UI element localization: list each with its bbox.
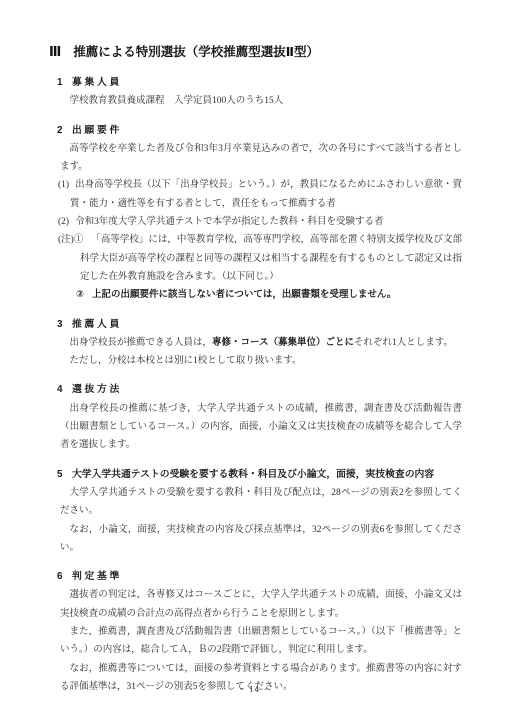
section-heading: 3推 薦 人 員 xyxy=(57,316,462,334)
list-item: (1)出身高等学校長（以下「出身学校長」という。）が，教員になるためにふさわしい… xyxy=(60,176,462,213)
section-3: 3推 薦 人 員出身学校長が推薦できる人員は，専修・コース（募集単位）ごとにそれ… xyxy=(60,316,462,371)
list-item: (2)令和3年度大学入学共通テストで本学が指定した教科・科目を受験する者 xyxy=(60,213,462,231)
section-title: 募 集 人 員 xyxy=(72,74,462,92)
paragraph: 出身学校長が推薦できる人員は，専修・コース（募集単位）ごとにそれぞれ1人とします… xyxy=(60,334,462,352)
section-number: 6 xyxy=(57,568,72,586)
section-heading: 5大学入学共通テストの受験を要する教科・科目及び小論文，面接，実技検査の内容 xyxy=(57,466,462,484)
text-run: それぞれ1人とします。 xyxy=(354,338,453,348)
text-run: なお，小論文，面接，実技検査の内容及び採点基準は，32ページの別表6を参照してく… xyxy=(60,525,462,553)
section-number: 2 xyxy=(57,122,72,140)
section-6: 6判 定 基 準選抜者の判定は，各専修又はコースごとに，大学入学共通テストの成績… xyxy=(60,568,462,696)
paragraph: また，推薦書，調査書及び活動報告書（出願書類としているコース。）（以下「推薦書等… xyxy=(60,623,462,660)
text-run: 大学入学共通テストの受験を要する教科・科目及び配点は，28ページの別表2を参照し… xyxy=(60,488,462,516)
text-run: また，推薦書，調査書及び活動報告書（出願書類としているコース。）（以下「推薦書等… xyxy=(60,627,462,655)
emphasis-text: 専修・コース（募集単位）ごとに xyxy=(212,337,354,348)
section-title: 推 薦 人 員 xyxy=(72,316,462,334)
section-number: 1 xyxy=(57,74,72,92)
paragraph: なお，小論文，面接，実技検査の内容及び採点基準は，32ページの別表6を参照してく… xyxy=(60,521,462,558)
text-run: 「高等学校」には，中等教育学校，高等専門学校，高等部を置く特別支援学校及び文部科… xyxy=(80,235,462,282)
note-item: (注)①「高等学校」には，中等教育学校，高等専門学校，高等部を置く特別支援学校及… xyxy=(60,231,462,286)
text-run: 令和3年度大学入学共通テストで本学が指定した教科・科目を受験する者 xyxy=(75,217,383,227)
section-heading: 1募 集 人 員 xyxy=(57,74,462,92)
section-title: 判 定 基 準 xyxy=(72,568,462,586)
section-heading: 2出 願 要 件 xyxy=(57,122,462,140)
section-4: 4選 抜 方 法出身学校長の推薦に基づき，大学入学共通テストの成績，推薦書，調査… xyxy=(60,381,462,454)
document-page: Ⅲ推薦による特別選抜（学校推薦型選抜Ⅱ型） 1募 集 人 員学校教育教員養成課程… xyxy=(0,0,509,720)
sections-container: 1募 集 人 員学校教育教員養成課程 入学定員100人のうち15人2出 願 要 … xyxy=(60,74,462,696)
section-title: 選 抜 方 法 xyxy=(72,381,462,399)
paragraph: 大学入学共通テストの受験を要する教科・科目及び配点は，28ページの別表2を参照し… xyxy=(60,484,462,521)
section-2: 2出 願 要 件高等学校を卒業した者及び令和3年3月卒業見込みの者で，次の各号に… xyxy=(60,122,462,305)
note-subitem: ②上記の出願要件に該当しない者については，出願書類を受理しません。 xyxy=(76,286,462,304)
paragraph: 学校教育教員養成課程 入学定員100人のうち15人 xyxy=(60,92,462,110)
section-number: 3 xyxy=(57,316,72,334)
section-1: 1募 集 人 員学校教育教員養成課程 入学定員100人のうち15人 xyxy=(60,74,462,111)
item-label: (注)① xyxy=(58,235,83,245)
text-run: ただし，分校は本校とは別に1校として取り扱います。 xyxy=(70,356,302,366)
page-title-numeral: Ⅲ xyxy=(49,44,61,60)
text-run: 選抜者の判定は，各専修又はコースごとに，大学入学共通テストの成績，面接，小論文又… xyxy=(60,590,462,618)
section-title: 大学入学共通テストの受験を要する教科・科目及び小論文，面接，実技検査の内容 xyxy=(72,466,462,484)
page-title: Ⅲ推薦による特別選抜（学校推薦型選抜Ⅱ型） xyxy=(49,44,462,60)
section-heading: 4選 抜 方 法 xyxy=(57,381,462,399)
section-number: 4 xyxy=(57,381,72,399)
page-content: Ⅲ推薦による特別選抜（学校推薦型選抜Ⅱ型） 1募 集 人 員学校教育教員養成課程… xyxy=(60,44,462,696)
item-label: (2) xyxy=(58,217,69,227)
text-run: 出身高等学校長（以下「出身学校長」という。）が，教員になるためにふさわしい意欲・… xyxy=(70,180,462,208)
section-title: 出 願 要 件 xyxy=(72,122,462,140)
item-label: (1) xyxy=(58,180,69,190)
section-5: 5大学入学共通テストの受験を要する教科・科目及び小論文，面接，実技検査の内容大学… xyxy=(60,466,462,557)
text-run: 学校教育教員養成課程 入学定員100人のうち15人 xyxy=(70,96,284,106)
text-run: 高等学校を卒業した者及び令和3年3月卒業見込みの者で，次の各号にすべて該当する者… xyxy=(60,144,462,172)
emphasis-text: 上記の出願要件に該当しない者については，出願書類を受理しません。 xyxy=(92,289,396,300)
paragraph: 出身学校長の推薦に基づき，大学入学共通テストの成績，推薦書，調査書及び活動報告書… xyxy=(60,400,462,455)
page-title-text: 推薦による特別選抜（学校推薦型選抜Ⅱ型） xyxy=(73,45,319,59)
item-label: ② xyxy=(76,289,84,300)
text-run: 出身学校長の推薦に基づき，大学入学共通テストの成績，推薦書，調査書及び活動報告書… xyxy=(60,404,462,451)
section-number: 5 xyxy=(57,466,72,484)
paragraph: ただし，分校は本校とは別に1校として取り扱います。 xyxy=(60,352,462,370)
section-heading: 6判 定 基 準 xyxy=(57,568,462,586)
paragraph: 選抜者の判定は，各専修又はコースごとに，大学入学共通テストの成績，面接，小論文又… xyxy=(60,586,462,623)
text-run: 出身学校長が推薦できる人員は， xyxy=(70,338,213,348)
paragraph: 高等学校を卒業した者及び令和3年3月卒業見込みの者で，次の各号にすべて該当する者… xyxy=(60,140,462,177)
page-number: − 14 − xyxy=(0,684,509,694)
